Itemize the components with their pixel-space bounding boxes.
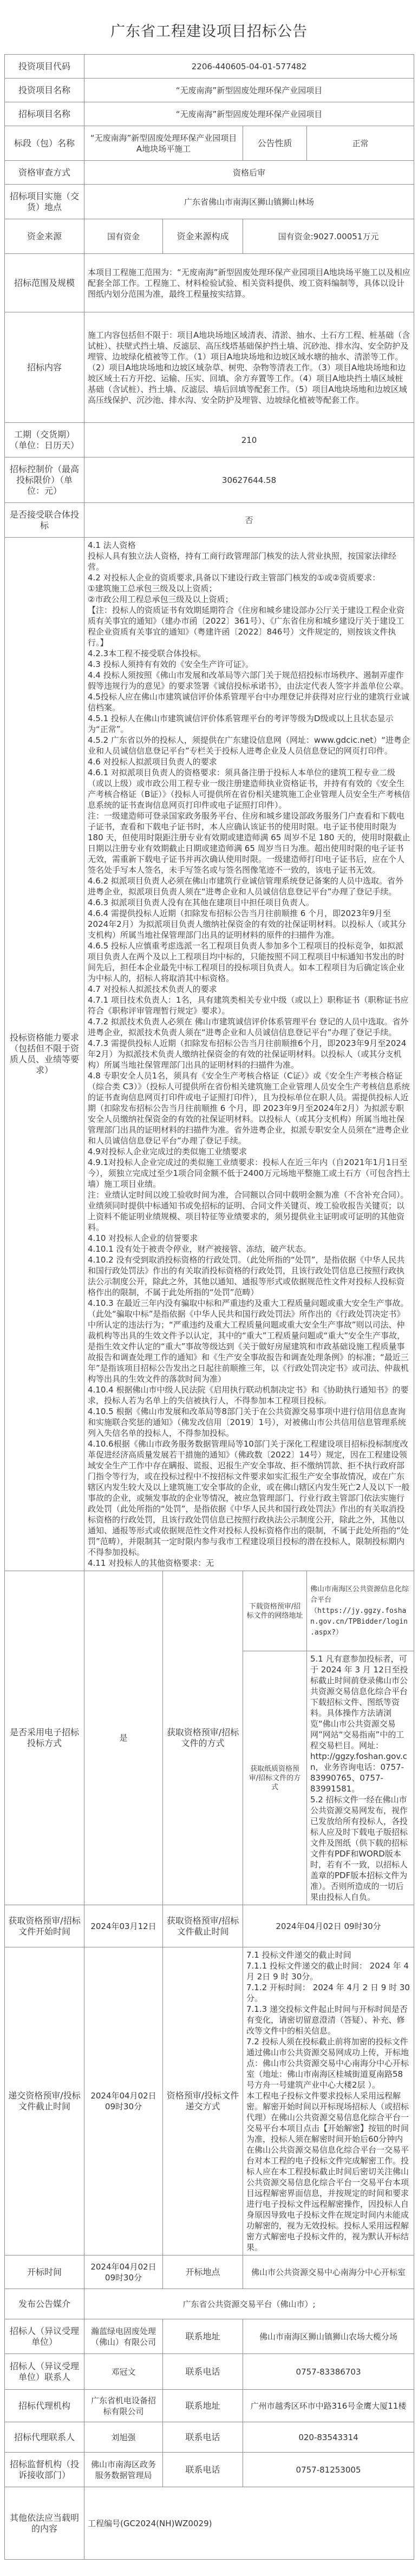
qualification-paragraph: 4.4 投标人须按照《佛山市发展和改革局等六部门关于规范招投标市场秩序、遏制弄虚… [88, 670, 410, 691]
content-value: 施工内容包括但不限于：项目A地块场地区域清表、清淤、抽水、土石方工程、桩基础（含… [84, 312, 414, 423]
row-qualification-review: 资格审查方式 资格后审 [5, 161, 414, 185]
section-name-value: “无废南海”新型固废处理环保产业园项目A地块场平施工 [84, 126, 243, 161]
qualification-requirements: 4.1 法人资格投标人具有独立法人资格，持有工商行政管理部门核发的法人营业执照，… [84, 538, 414, 1571]
qualification-paragraph: 4.10.3 在最近三年内没有骗取中标和严重违约及重大工程质量问题或重大安全生产… [88, 1298, 410, 1384]
download-url-value[interactable]: 佛山市南海区公共资源信息化综合平台 （https://jy.ggzy.fosha… [307, 1571, 414, 1651]
qualification-paragraph: ②市政公用工程总承包三级及以上资质； [88, 594, 410, 605]
qualification-paragraph: 4.6 对投标人拟派项目负责人的要求 [88, 756, 410, 767]
supervisor-phone-value: 0757-81253005 [243, 2453, 414, 2487]
qualification-paragraph: 4.10.4 根据佛山市中级人民法院《启用执行联动机制决定书》和《协助执行通知书… [88, 1384, 410, 1406]
qualification-paragraph: 4.8 专职安全人员1名，须具有《安全生产考核合格证（C证）》或《安全生产考核合… [88, 1070, 410, 1146]
agency-contact-label: 招标代理联系人 [5, 2422, 84, 2453]
row-location: 招标项目实施（交货）地点 广东省佛山市南海区狮山镇狮山林场 [5, 185, 414, 219]
qualification-paragraph: 4.6.2 拟派项目负责人必须在佛山市建筑行业诚信管理系统登记备案的人员中选取。… [88, 875, 410, 897]
obtain-method-label: 获取资格预审/招标文件的方式 [163, 1571, 243, 1905]
qualification-paragraph: 注：一级建造师可登录国家政务服务平台、住房和城乡建设部政务服务门户查看和下载电子… [88, 810, 410, 875]
project-code-value: 2206-440605-04-01-577482 [84, 55, 414, 79]
media-value: 广东省公共资源交易平台（佛山市）; [84, 2289, 414, 2319]
qualification-paragraph: 4.3 投标人须持有有效的《安全生产许可证》。 [88, 659, 410, 670]
opening-place-label: 开标地点 [163, 2255, 243, 2289]
obtain-start-label: 获取资格预审/招标文件开始时间 [5, 1905, 84, 1947]
project-name-label: 投资项目名称 [5, 79, 84, 102]
row-tenderer: 招标人（异议受理单位） 瀚蓝绿电固废处理（佛山）有限公司 联系地址 佛山市南海区… [5, 2319, 414, 2354]
qualification-label: 投标资格能力要求（包括但不限于资质人员、业绩等要求） [5, 538, 84, 1571]
qualification-paragraph: 注：业绩认定时间以竣工验收时间为准，合同额以合同中载明金额为准（不含补充合同）。… [88, 1189, 410, 1233]
opening-time-label: 开标时间 [5, 2255, 84, 2289]
qualification-paragraph: 4.10.6根据《佛山市政务服务数据管理局等10部门关于深化工程建设项目招标投标… [88, 1439, 410, 1558]
qualification-paragraph: 4.2 对投标人企业的资质要求,具备以下建设行政主管部门核发的①或②资质要求： [88, 572, 410, 583]
agency-address-value: 广州市越秀区环市中路316号金鹰大厦11楼 [243, 2390, 414, 2422]
funding-source-value: 国有资金 [84, 219, 163, 254]
control-price-value: 30627644.58 [84, 457, 414, 503]
qualification-paragraph: 4.7.2 拟派技术负责人必须在 佛山市建筑诚信评价体系管理平台 登记的人员中选… [88, 1016, 410, 1038]
row-section-name: 标段（包）名称 “无废南海”新型固废处理环保产业园项目A地块场平施工 公告性质 … [5, 126, 414, 161]
row-consortium: 是否接受联合体投标 否 [5, 503, 414, 538]
row-project-name: 投资项目名称 “无废南海”新型固废处理环保产业园项目 [5, 79, 414, 102]
row-tender-project-name: 招标项目名称 “无废南海”新型固废处理环保产业园项目 [5, 102, 414, 126]
qualification-paragraph: 4.5.1 投标人在佛山市建筑诚信评价体系管理平台的考评等级为D级或以上且状态显… [88, 713, 410, 735]
qualification-paragraph-list: 4.1 法人资格投标人具有独立法人资格，持有工商行政管理部门核发的法人营业执照，… [88, 540, 410, 1568]
row-electronic-a: 是否采用电子招标投标方式 是 获取资格预审/招标文件的方式 下载资格预审/招标文… [5, 1571, 414, 1651]
tenderer-value: 瀚蓝绿电固废处理（佛山）有限公司 [84, 2319, 163, 2354]
tenderer-phone-label: 联系电话 [163, 2354, 243, 2390]
electronic-bidding-label: 是否采用电子招标投标方式 [5, 1571, 84, 1905]
scope-value: 本项目工程施工范围为：“无废南海”新型固废处理环保产业园项目A地块场平施工以及相… [84, 254, 414, 312]
download-url-label: 下载资格预审/招标文件的网络地址 [243, 1571, 307, 1651]
qualification-paragraph: 4.10.2 没有受到取消投标资格的行政处罚。（此处所指的“处罚”，是指依据《中… [88, 1254, 410, 1298]
qualification-paragraph: 4.5投标人应在佛山市建筑诚信评价体系管理平台中办理登记并获得对应行业的建筑行业… [88, 691, 410, 713]
agency-phone-label: 联系电话 [163, 2422, 243, 2453]
other-value: 工程编号(GC2024(NH)WZ0029) [84, 2487, 414, 2560]
agency-address-label: 联系地址 [163, 2390, 243, 2422]
submission-deadline-label: 递交资格预审/投标文件截止时间 [5, 1947, 84, 2255]
opening-time-value: 2024年04月02日 09时30分 [84, 2255, 163, 2289]
tenderer-contact-label: 招标人（异议受理单位）联系人 [5, 2354, 84, 2390]
paper-method-value: 5.1 凡有意参加投标者，可于 2024 年 3 月 12日至投标截止时间前登录… [307, 1651, 414, 1905]
section-name-label: 标段（包）名称 [5, 126, 84, 161]
consortium-label: 是否接受联合体投标 [5, 503, 84, 538]
row-agency-contact: 招标代理联系人 刘旭强 联系电话 020-83543314 [5, 2422, 414, 2453]
qualification-paragraph: 4.7 对投标人拟派技术负责人的要求 [88, 984, 410, 995]
qualification-paragraph: 4.7.1 项目技术负责人：1名，具有建筑类相关专业中级（或以上）职称证书（职称… [88, 995, 410, 1016]
agency-value: 广东省机电设备招标有限公司 [84, 2390, 163, 2422]
tender-project-name-value: “无废南海”新型固废处理环保产业园项目 [84, 102, 414, 126]
qualification-paragraph: 【注：投标人的资质证书有效期延期符合《住房和城乡建设部办公厅关于建设工程企业资质… [88, 605, 410, 648]
qualification-paragraph: 4.6.3 拟派项目负责人没有在其他在建项目中担任项目负责人。 [88, 897, 410, 908]
qualification-paragraph: 4.10.1 没有处于被责令停业，财产被接管、冻结，破产状态。 [88, 1244, 410, 1254]
row-other: 其他依法应当载明的内容 工程编号(GC2024(NH)WZ0029) [5, 2487, 414, 2560]
row-tenderer-contact: 招标人（异议受理单位）联系人 邓冠文 联系电话 0757-83386703 [5, 2354, 414, 2390]
qualification-paragraph: 4.6.1 对拟派项目负责人的资格要求：须具备注册于投标人本单位的建筑工程专业二… [88, 767, 410, 810]
qualification-review-value: 资格后审 [84, 161, 414, 185]
notice-table: 投资项目代码 2206-440605-04-01-577482 投资项目名称 “… [4, 54, 414, 2560]
tender-project-name-label: 招标项目名称 [5, 102, 84, 126]
tenderer-address-value: 佛山市南海区狮山镇狮山农场大榄分场 [243, 2319, 414, 2354]
qualification-paragraph: 投标人具有独立法人资格，持有工商行政管理部门核发的法人营业执照，按国家法律经营。 [88, 551, 410, 572]
row-obtain-time: 获取资格预审/招标文件开始时间 2024年03月12日 获取资格预审/招标文件截… [5, 1905, 414, 1947]
paper-method-label: 获取纸质资格预审/招标文件的方式 [243, 1651, 307, 1905]
row-opening: 开标时间 2024年04月02日 09时30分 开标地点 佛山市公共资源交易中心… [5, 2255, 414, 2289]
qualification-paragraph: 4.9对投标人企业完成过的类似施工业绩要求 [88, 1146, 410, 1157]
notice-nature-value: 正常 [307, 126, 414, 161]
project-code-label: 投资项目代码 [5, 55, 84, 79]
submission-deadline-value: 2024年04月02日 09时30分 [84, 1947, 163, 2255]
qualification-paragraph: 4.10.5 根据《佛山市发展和改革局等8部门关于在公共资源交易事项中进行信用信… [88, 1406, 410, 1439]
location-value: 广东省佛山市南海区狮山镇狮山林场 [84, 185, 414, 219]
qualification-paragraph: 4.9.1对投标人企业完成过的类似施工业绩要求：投标人在近三年内（自2021年1… [88, 1157, 410, 1189]
electronic-bidding-value: 是 [84, 1571, 163, 1905]
row-content: 招标内容 施工内容包括但不限于：项目A地块场地区域清表、清淤、抽水、土石方工程、… [5, 312, 414, 423]
qualification-paragraph: 4.6.4 需提供投标人近期（扣除发布招标公告当月往前顺推 6 个月，即2023… [88, 908, 410, 940]
funding-source-label: 资金来源 [5, 219, 84, 254]
content-label: 招标内容 [5, 312, 84, 423]
obtain-end-value: 2024年04月02日 09时30分 [243, 1905, 414, 1947]
duration-label: 工期（交货期）（单位：日历天） [5, 423, 84, 457]
obtain-start-value: 2024年03月12日 [84, 1905, 163, 1947]
other-label: 其他依法应当载明的内容 [5, 2487, 84, 2560]
supervisor-label: 招标监督机构（投诉接收部门） [5, 2453, 84, 2487]
location-label: 招标项目实施（交货）地点 [5, 185, 84, 219]
agency-label: 招标代理机构 [5, 2390, 84, 2422]
notice-page: 广东省工程建设项目招标公告 投资项目代码 2206-440605-04-01-5… [0, 0, 418, 2576]
opening-place-value: 佛山市公共资源交易中心南海分中心开标室 [243, 2255, 414, 2289]
page-title: 广东省工程建设项目招标公告 [0, 19, 418, 41]
qualification-paragraph: 4.1 法人资格 [88, 540, 410, 551]
row-scope: 招标范围及规模 本项目工程施工范围为：“无废南海”新型固废处理环保产业园项目A地… [5, 254, 414, 312]
supervisor-value: 佛山市南海区政务服务数据管理局 [84, 2453, 163, 2487]
qualification-paragraph: 4.7.3 需提供投标人近期（扣除发布招标公告当月往前顺推6个月，即2023年9… [88, 1038, 410, 1070]
submission-method-value: 7.1 投标文件递交的截止时间 7.1.1 投标文件递交的截止时间： 2024 … [243, 1947, 414, 2255]
tenderer-contact-value: 邓冠文 [84, 2354, 163, 2390]
qualification-paragraph: 4.11 对投标人的其他资格要求：无 [88, 1558, 410, 1568]
agency-contact-value: 刘旭强 [84, 2422, 163, 2453]
tenderer-phone-value: 0757-83386703 [243, 2354, 414, 2390]
control-price-label: 招标控制价（最高投标限价）（单位：元） [5, 457, 84, 503]
row-duration: 工期（交货期）（单位：日历天） 210 [5, 423, 414, 457]
row-media: 发布公告媒介 广东省公共资源交易平台（佛山市）; [5, 2289, 414, 2319]
supervisor-phone-label: 联系电话 [163, 2453, 243, 2487]
row-agency: 招标代理机构 广东省机电设备招标有限公司 联系地址 广州市越秀区环市中路316号… [5, 2390, 414, 2422]
tenderer-label: 招标人（异议受理单位） [5, 2319, 84, 2354]
agency-phone-value: 020-83543314 [243, 2422, 414, 2453]
row-project-code: 投资项目代码 2206-440605-04-01-577482 [5, 55, 414, 79]
consortium-value: 否 [84, 503, 414, 538]
qualification-paragraph: 4.10 对投标人企业的信誉要求 [88, 1233, 410, 1244]
row-qualification: 投标资格能力要求（包括但不限于资质人员、业绩等要求） 4.1 法人资格投标人具有… [5, 538, 414, 1571]
row-funding: 资金来源 国有资金 资金来源构成 国有资金:9027.00051万元 [5, 219, 414, 254]
funding-composition-label: 资金来源构成 [163, 219, 243, 254]
qualification-review-label: 资格审查方式 [5, 161, 84, 185]
obtain-end-label: 获取资格预审/招标文件截止时间 [163, 1905, 243, 1947]
qualification-paragraph: 4.5.2 广东省以外的投标人，须提供在广东建设信息网（网址：www.gdcic… [88, 735, 410, 756]
qualification-paragraph: 4.2.3本工程不接受联合体投标。 [88, 648, 410, 659]
funding-composition-value: 国有资金:9027.00051万元 [243, 219, 414, 254]
row-supervisor: 招标监督机构（投诉接收部门） 佛山市南海区政务服务数据管理局 联系电话 0757… [5, 2453, 414, 2487]
row-control-price: 招标控制价（最高投标限价）（单位：元） 30627644.58 [5, 457, 414, 503]
qualification-paragraph: ①建筑施工总承包三级及以上资质； [88, 583, 410, 594]
duration-value: 210 [84, 423, 414, 457]
notice-nature-label: 公告性质 [243, 126, 307, 161]
row-submission: 递交资格预审/投标文件截止时间 2024年04月02日 09时30分 资格预审/… [5, 1947, 414, 2255]
submission-method-label: 资格预审/投标文件递交方式 [163, 1947, 243, 2255]
scope-label: 招标范围及规模 [5, 254, 84, 312]
project-name-value: “无废南海”新型固废处理环保产业园项目 [84, 79, 414, 102]
media-label: 发布公告媒介 [5, 2289, 84, 2319]
qualification-paragraph: 4.6.5 投标人应慎重考虑选派一名工程项目负责人参加多个工程项目的投标竞争，如… [88, 940, 410, 984]
tenderer-address-label: 联系地址 [163, 2319, 243, 2354]
